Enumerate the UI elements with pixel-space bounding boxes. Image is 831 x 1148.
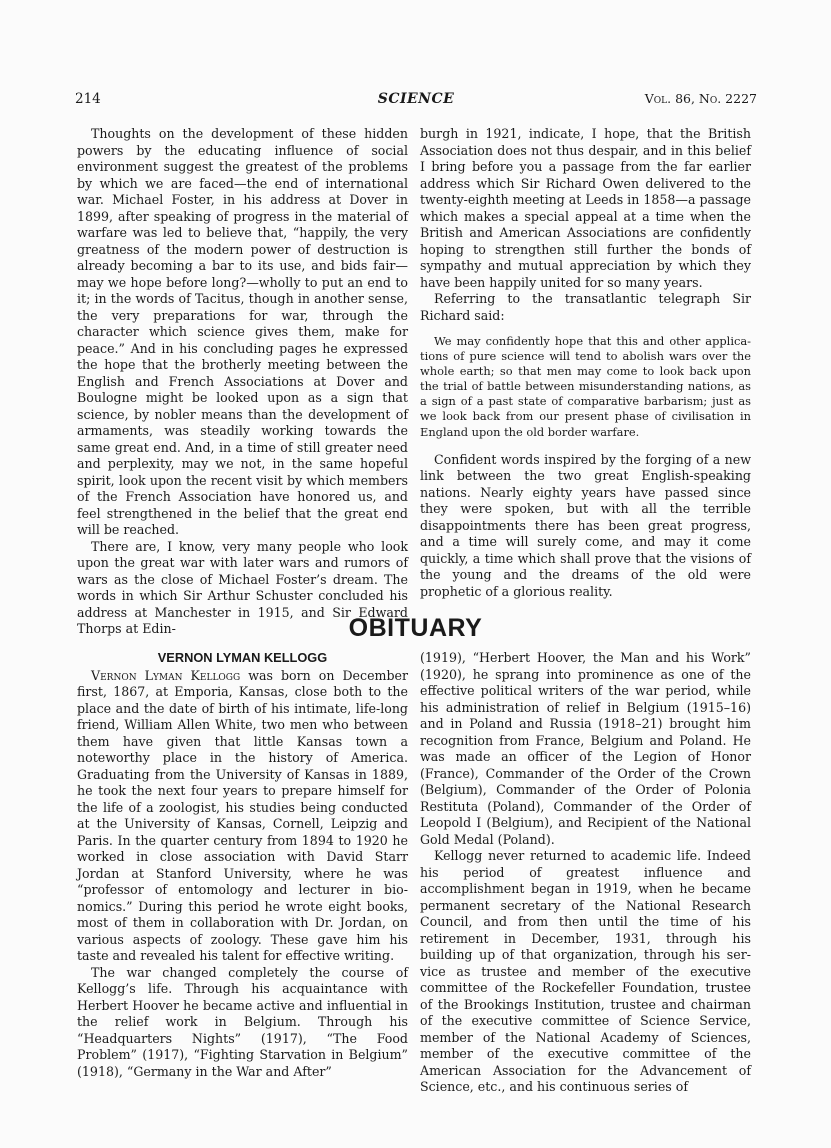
paragraph: The war changed completely the course of… — [77, 965, 408, 1081]
top-right-column: burgh in 1921, indicate, I hope, that th… — [420, 126, 751, 600]
lead-name: Vernon Lyman Kellogg — [91, 668, 240, 683]
paragraph-text: was born on December first, 1867, at Emp… — [77, 668, 408, 964]
top-left-column: Thoughts on the development of these hid… — [77, 126, 408, 638]
paragraph: Vernon Lyman Kellogg was born on Decembe… — [77, 668, 408, 965]
paragraph: Thoughts on the development of these hid… — [77, 126, 408, 539]
quote-text: We may confidently hope that this and ot… — [420, 334, 751, 440]
section-title: OBITUARY — [0, 614, 831, 643]
paragraph: Referring to the transatlantic telegraph… — [420, 291, 751, 324]
obituary-left-column: VERNON LYMAN KELLOGG Vernon Lyman Kellog… — [77, 650, 408, 1080]
paragraph: burgh in 1921, indicate, I hope, that th… — [420, 126, 751, 291]
obituary-right-column: (1919), “Herbert Hoover, the Man and his… — [420, 650, 751, 1096]
volume-text: Vol. 86, No. 2227 — [645, 91, 757, 106]
obituary-subject-heading: VERNON LYMAN KELLOGG — [77, 650, 408, 667]
volume-issue: Vol. 86, No. 2227 — [645, 91, 757, 106]
paragraph: Confident words inspired by the forging … — [420, 452, 751, 601]
block-quote: We may confidently hope that this and ot… — [420, 334, 751, 440]
running-header: 214 SCIENCE Vol. 86, No. 2227 — [75, 91, 757, 109]
paragraph: Kellogg never returned to academic life.… — [420, 848, 751, 1096]
paragraph: (1919), “Herbert Hoover, the Man and his… — [420, 650, 751, 848]
